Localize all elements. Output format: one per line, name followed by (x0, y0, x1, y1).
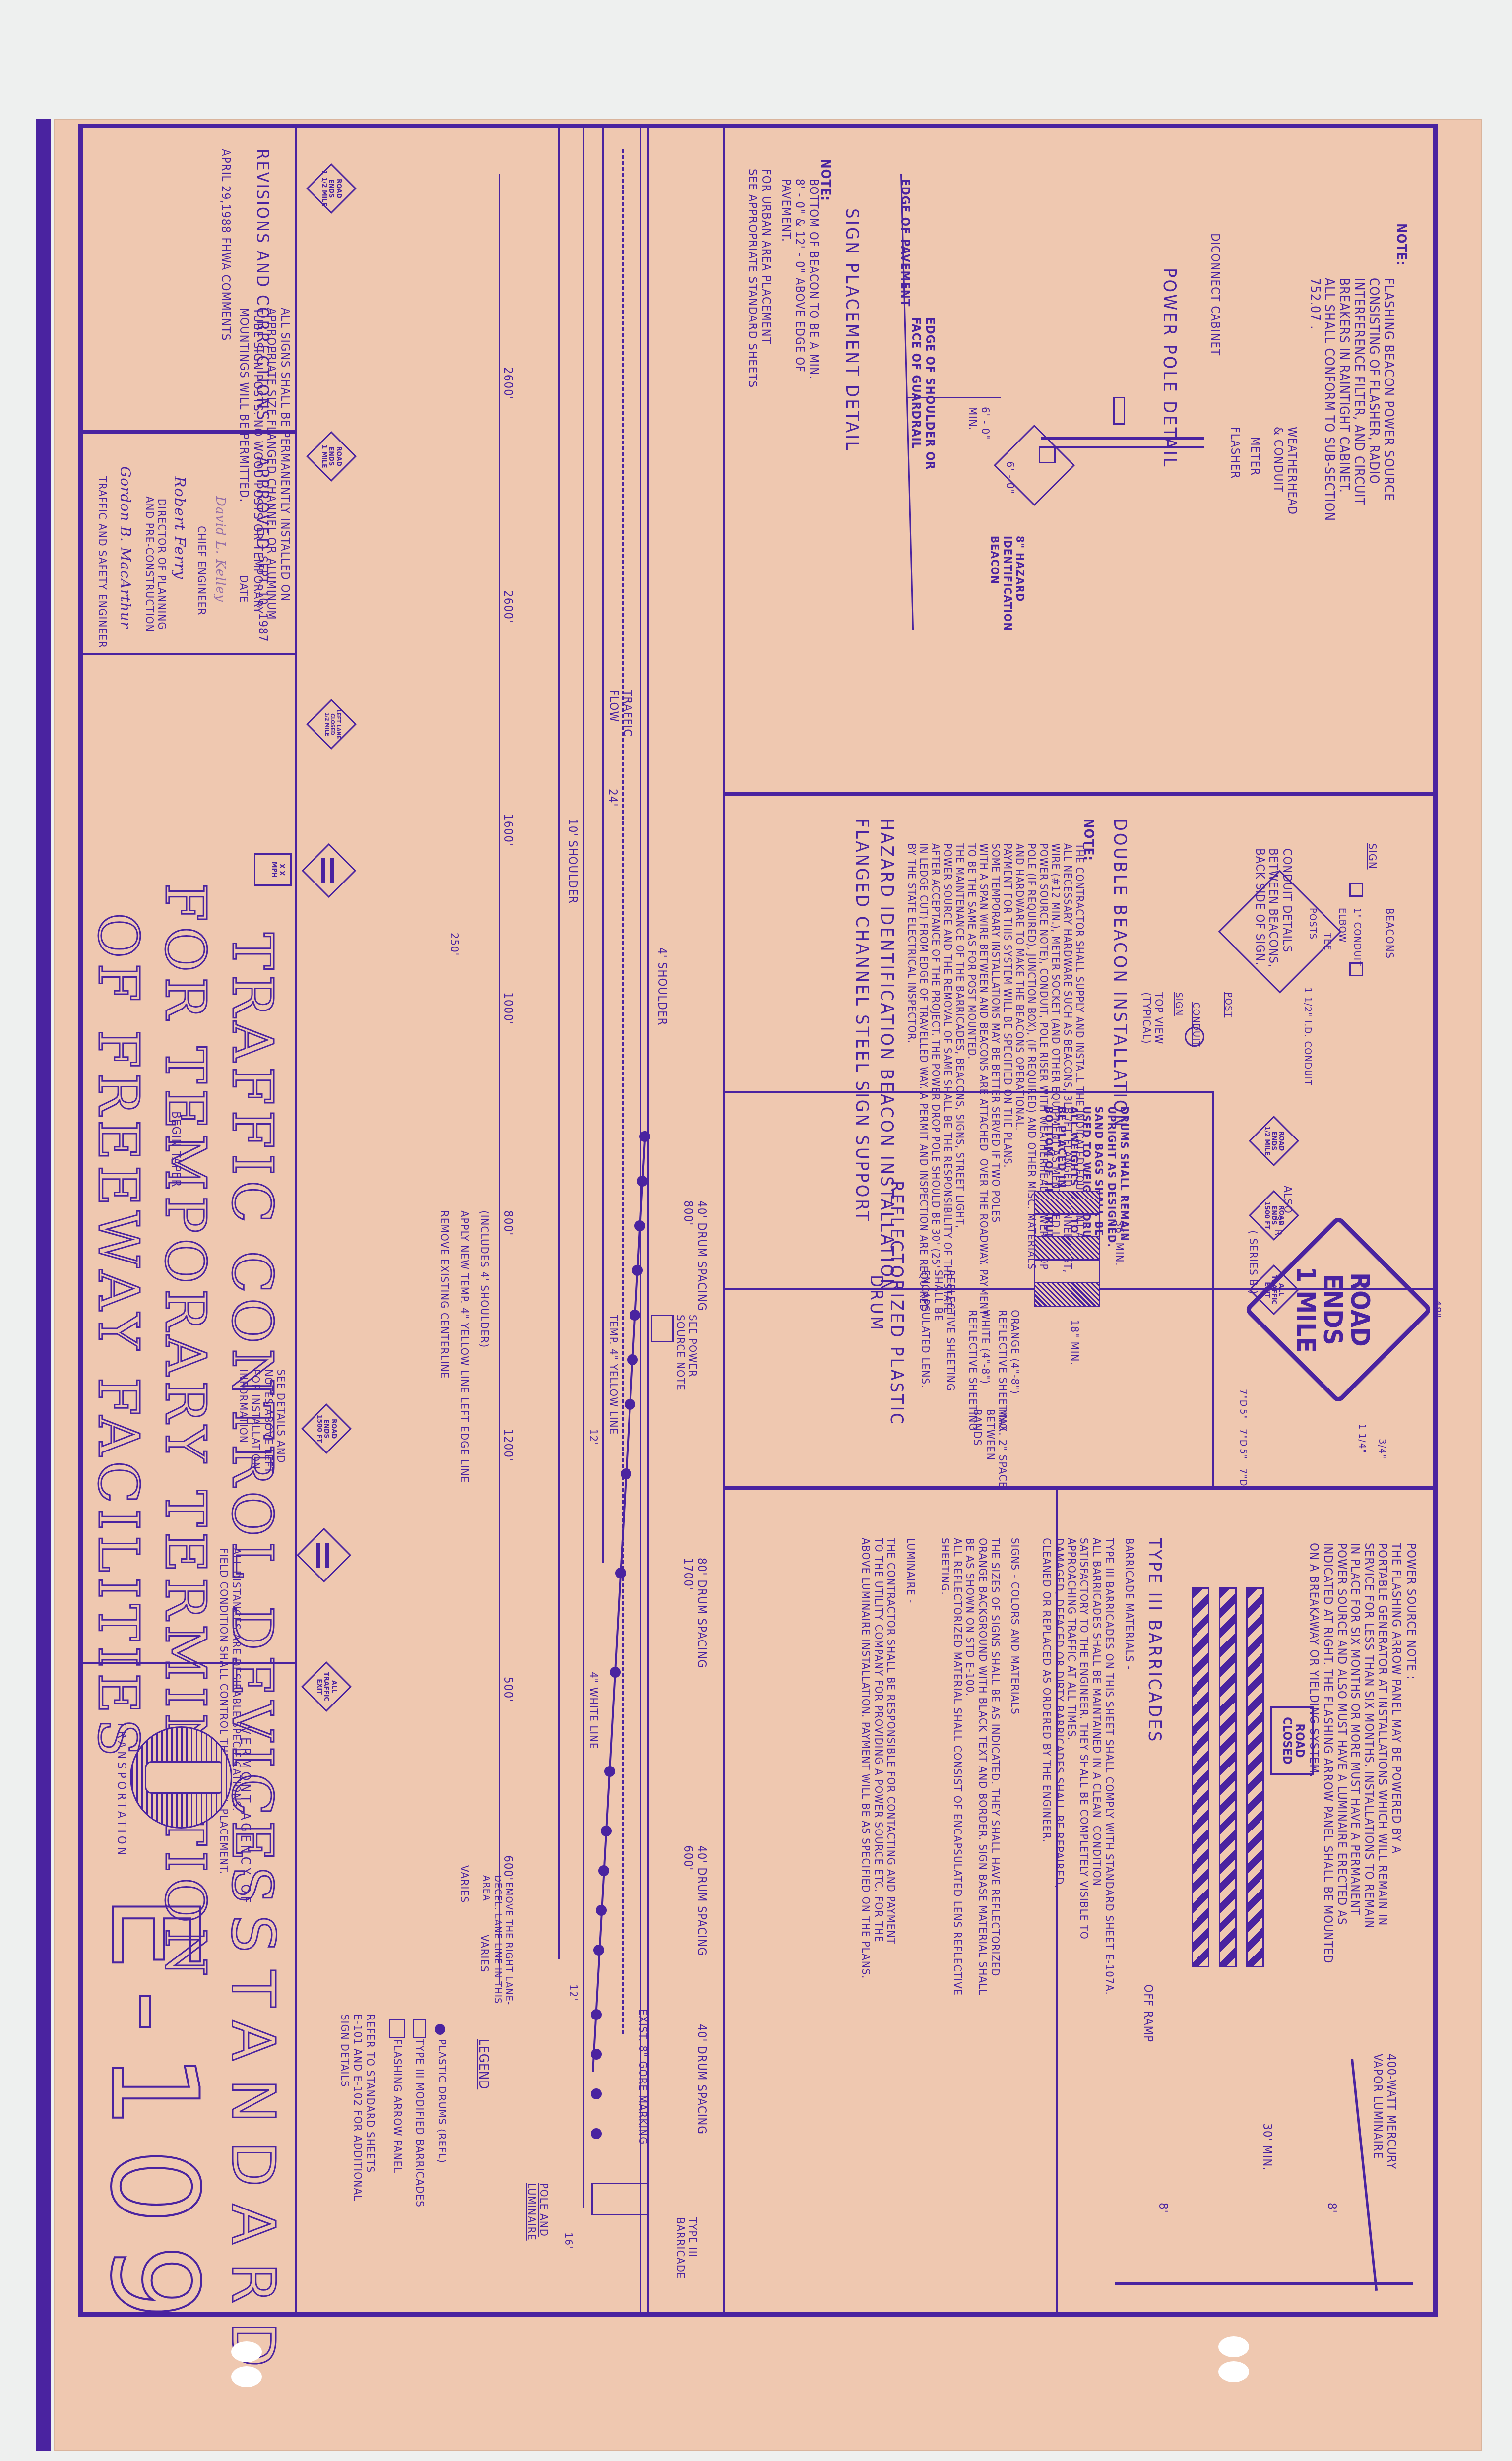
plastic-drum-icon (593, 1945, 604, 1956)
label-weatherhead: WEATHERHEAD & CONDUIT (1271, 427, 1299, 515)
signs-body: THE SIZES OF SIGNS SHALL BE AS INDICATED… (939, 1538, 1001, 1996)
luminaire-height-2: 8' (1156, 2203, 1170, 2213)
also-sign-all-traffic-exit: ALL TRAFFIC EXIT (1244, 1260, 1304, 1320)
label-beacons: BEACONS (1383, 908, 1395, 959)
title-traffic-engineer: TRAFFIC AND SAFETY ENGINEER (96, 476, 108, 648)
pole-luminaire-label: POLE AND LUMINAIRE (524, 2183, 550, 2241)
merge-arrow-icon (330, 858, 334, 883)
plan-sign-road-ends-1-5-mile: ROAD ENDS 1 1/2 MILE (302, 159, 361, 218)
plastic-drum-icon (591, 2009, 602, 2020)
dim-row-2: 5" (1238, 1409, 1249, 1420)
vermont-state-outline-icon (145, 1761, 222, 1794)
shoulder-line (558, 124, 560, 1959)
power-source-heading: POWER SOURCE NOTE : (1404, 1543, 1418, 1680)
flanged-channel-title: FLANGED CHANNEL STEEL SIGN SUPPORT (852, 819, 872, 1223)
label-flasher: FLASHER (1228, 427, 1242, 479)
title-chief-engineer: CHIEF ENGINEER (195, 526, 207, 616)
drum-encap-label: REFLECTIVE SHEETING SHALL BE ENCAPSULATE… (919, 1270, 956, 1391)
drum-icon (1031, 1191, 1105, 1310)
shoulder-4-label: 4' SHOULDER (655, 947, 669, 1026)
off-ramp-label: OFF RAMP (1141, 1984, 1155, 2042)
signature-chief-engineer: David L. Kelley (212, 496, 227, 602)
plastic-drum-icon (615, 1568, 626, 1578)
arrow-panel-icon (651, 1315, 674, 1342)
plastic-drum-icon (632, 1265, 643, 1276)
plan-sign-lane-merge-2 (292, 1523, 356, 1587)
punch-hole (231, 2366, 262, 2387)
drum-space-label: MAX. 2" SPACE BETWEEN BANDS (971, 1409, 1008, 1488)
punch-hole (231, 2341, 262, 2362)
edge-of-shoulder-label: EDGE OF SHOULDER OR FACE OF GUARDRAIL (909, 317, 937, 470)
drum-width-dim: 18" MIN. (1068, 1320, 1080, 1366)
signature-director: Robert Ferry (171, 476, 188, 579)
offset-250: 250' (448, 933, 460, 956)
beacon-icon (1039, 446, 1056, 463)
power-pole (1041, 437, 1204, 440)
legend-item-drums: PLASTIC DRUMS (REFL) (436, 2039, 448, 2163)
power-note: FLASHING BEACON POWER SOURCE CONSISTING … (1307, 278, 1395, 521)
type3-barricade-icon (1190, 1587, 1264, 1964)
distance-3: 1600' (501, 814, 515, 846)
dim-6ft-min: 6' - 0" MIN. (966, 407, 991, 440)
placement-note: BOTTOM OF BEACON TO BE A MIN. 8' - 0" & … (779, 179, 820, 379)
label-meter: METER (1248, 437, 1261, 476)
conduit-details: CONDUIT DETAILS BETWEEN BEACONS, BACK SI… (1253, 848, 1294, 968)
luminaire-heading: LUMINAIRE - (904, 1538, 917, 1603)
distance-dimension-line (499, 174, 500, 1984)
plan-sign-all-traffic-exit: ALL TRAFFIC EXIT (297, 1657, 356, 1716)
sign-placement-title: SIGN PLACEMENT DETAIL (842, 208, 862, 452)
punch-hole (1218, 2361, 1249, 2382)
lane-12a: 12' (587, 1429, 599, 1446)
road-ends-sign-text: ROAD ENDS 1 MILE (1292, 1215, 1373, 1404)
top-view-post: POST (1223, 992, 1234, 1017)
road-edge-outer (647, 124, 649, 2317)
scan-edge-bar (36, 119, 51, 2451)
power-pole-title: POWER POLE DETAIL (1159, 268, 1180, 468)
drum-height-dim: 36" MIN. (1113, 1220, 1125, 1266)
top-view-conduit-icon (1185, 1027, 1204, 1047)
drum-spacing-2: 80' DRUM SPACING 1700' (681, 1558, 708, 1668)
signature-traffic-engineer: Gordon B. MacArthur (117, 466, 133, 629)
plastic-drum-icon (630, 1310, 640, 1321)
merge-arrow-icon (325, 1543, 329, 1568)
plan-sign-road-ends-1-mile: ROAD ENDS 1 MILE (302, 427, 361, 486)
also-sign-half-mile: ROAD ENDS 1/2 MILE (1244, 1111, 1304, 1171)
plastic-drum-icon (601, 1826, 612, 1836)
punch-hole (1218, 2336, 1249, 2357)
label-disconnect: DICONNECT CABINET (1208, 233, 1222, 356)
luminaire-height-1: 8' (1324, 2203, 1338, 2213)
road-edge-inner (583, 124, 584, 2208)
dim-48: 48" (1430, 1300, 1443, 1318)
plastic-drum-icon (634, 1220, 645, 1231)
lane-width-label: 24' (605, 789, 619, 807)
legend-item-barricades: TYPE III MODIFIED BARRICADES (413, 2039, 426, 2208)
drawing-sheet: NOTE: FLASHING BEACON POWER SOURCE CONSI… (0, 0, 1512, 2461)
drum-spacing-1: 40' DRUM SPACING 800' (681, 1200, 708, 1311)
ground-line (1115, 2282, 1413, 2285)
distance-7: 500' (501, 1677, 515, 1702)
revisions-heading: REVISIONS AND CORRECTIONS (252, 149, 272, 422)
plan-sign-lane-merge-1 (297, 838, 361, 903)
edge-of-pavement-label: EDGE OF PAVEMENT (898, 179, 912, 307)
plastic-drum-icon (637, 1176, 648, 1187)
dim-row-1: 7"D (1238, 1389, 1249, 1407)
dim-row-3: 7"D (1238, 1429, 1249, 1447)
disconnect-cabinet-icon (1113, 397, 1125, 425)
varies-label-1: VARIES (458, 1865, 470, 1903)
also-sign-1500ft: ROAD ENDS 1500 FT (1244, 1186, 1304, 1245)
plastic-drum-icon (627, 1354, 638, 1365)
remove-centerline-label: REMOVE EXISTING CENTERLINE (438, 1210, 450, 1379)
plastic-drum-icon (639, 1131, 650, 1142)
traffic-flow-label: TRAFFIC FLOW (607, 690, 634, 737)
standard-number: E-109 (85, 1895, 222, 2339)
approved-heading: APPROVED (252, 456, 272, 551)
luminaire-offset: 30' MIN. (1260, 2123, 1274, 2171)
shoulder-10-label: 10' SHOULDER (566, 819, 579, 904)
see-power-note: SEE POWER SOURCE NOTE (673, 1315, 698, 1391)
beacon-label: 8" HAZARD IDENTIFICATION BEACON (988, 536, 1026, 631)
plastic-drum-icon (598, 1865, 609, 1876)
label-sign: SIGN (1366, 843, 1378, 870)
legend-barricade-icon (413, 2019, 426, 2038)
seal-top-text: VERMONT AGENCY OF (237, 1726, 252, 1826)
distance-9: VARIES (478, 1935, 490, 1972)
standard-label: STANDARD (218, 1915, 287, 2385)
barricade-materials-heading: BARRICADE MATERIALS - (1123, 1538, 1135, 1670)
dim-6ft: 6' - 0" (1004, 461, 1016, 494)
top-view-sign: SIGN (1173, 992, 1185, 1016)
distance-6: 1200' (501, 1429, 515, 1461)
label-id-conduit: 1 1/2" I.D. CONDUIT (1302, 987, 1314, 1086)
label-tee: TEE (1322, 933, 1333, 951)
legend-drum-icon (435, 2024, 445, 2035)
distance-5: 800' (501, 1210, 515, 1236)
legend-refer: REFER TO STANDARD SHEETS E-101 AND E-102… (338, 2014, 376, 2201)
dim-border: 3/4" (1377, 1439, 1388, 1459)
plan-sign-road-ends-1500ft: ROAD ENDS 1500 FT (297, 1399, 356, 1458)
white-line-label: 4" WHITE LINE (587, 1672, 599, 1749)
plastic-drum-icon (610, 1667, 621, 1678)
plastic-drum-icon (591, 2088, 602, 2099)
revision-entry: APRIL 29,1988 FHWA COMMENTS (218, 149, 232, 341)
dim-margin: 1 1/4" (1357, 1424, 1368, 1453)
title-director: DIRECTOR OF PLANNING AND PRE-CONSTRUCTIO… (142, 496, 168, 632)
dim-row-4: 5" (1238, 1449, 1249, 1459)
dim-row-5: 7"D (1238, 1468, 1249, 1487)
lane-12b: 12' (567, 1984, 579, 2001)
luminaire-lamp-label: 400-WATT MERCURY VAPOR LUMINAIRE (1371, 2054, 1398, 2169)
label-conduit: 1" CONDUIT (1352, 908, 1363, 967)
signs-heading: SIGNS - COLORS AND MATERIALS (1008, 1538, 1021, 1715)
placement-note-2: FOR URBAN AREA PLACEMENT SEE APPROPRIATE… (746, 169, 773, 388)
legend-item-arrow-panel: FLASHING ARROW PANEL (391, 2039, 403, 2173)
label-posts: POSTS (1307, 908, 1319, 940)
seal-bottom-text: TRANSPORTATION (114, 1721, 128, 1830)
plastic-drum-icon (625, 1399, 635, 1410)
barricade-materials-body: TYPE III BARRICADES ON THIS SHEET SHALL … (1040, 1538, 1115, 1995)
approval-date-label: DATE (237, 575, 250, 603)
plastic-drum-icon (604, 1766, 615, 1777)
power-note-label: NOTE: (1393, 223, 1408, 266)
distance-4: 1000' (501, 992, 515, 1025)
lane-line (602, 124, 604, 1563)
plastic-drum-icon (621, 1468, 631, 1479)
label-elbow: ELBOW (1337, 908, 1348, 943)
plastic-drum-icon (591, 2128, 602, 2139)
distance-2: 2600' (501, 590, 515, 623)
distance-8: 600' (501, 1855, 515, 1881)
luminaire-body: THE CONTRACTOR SHALL BE RESPONSIBLE FOR … (859, 1538, 897, 1979)
plastic-drum-icon (591, 2049, 602, 2060)
gore-label: EXIST. 8" GORE MARKING (636, 2009, 649, 2145)
drum-title: REFLECTORIZED PLASTIC DRUM (866, 1181, 907, 1426)
type3-barricade-plan-icon (591, 2183, 649, 2215)
plan-sign-left-lane-closed: LEFT LANE CLOSED 1/2 MILE (302, 694, 361, 754)
includes-shoulder-label: (INCLUDES 4' SHOULDER) (478, 1210, 490, 1348)
temp-yellow-label: TEMP. 4" YELLOW LINE (607, 1315, 619, 1435)
title-line-3: OF FREEWAY FACILITIES (83, 913, 153, 1762)
lane-dashes (622, 149, 624, 2034)
power-source-body: THE FLASHING ARROW PANEL MAY BE POWERED … (1307, 1543, 1403, 1964)
distance-1: 2600' (501, 367, 515, 400)
drum-spacing-4: 40' DRUM SPACING (694, 2024, 708, 2135)
vermont-agency-seal: VERMONT AGENCY OF TRANSPORTATION (113, 1706, 252, 1845)
road-closed-sign: ROAD CLOSED (1270, 1706, 1314, 1775)
double-beacon-title: DOUBLE BEACON INSTALLATION (1110, 819, 1130, 1129)
barricades-title: TYPE III BARRICADES (1144, 1538, 1165, 1743)
legend-heading: LEGEND (475, 2039, 490, 2089)
beacon-left-icon (1349, 883, 1363, 897)
approval-date: SEPT. 10, 1987 (255, 556, 269, 642)
legend-arrow-panel-icon (389, 2019, 405, 2038)
top-view-label: TOP VIEW (TYPICAL) (1139, 992, 1165, 1044)
ramp-width-label: 16' (562, 2232, 574, 2249)
plastic-drum-icon (596, 1905, 607, 1916)
type3-barricade-label: TYPE III BARRICADE (673, 2217, 698, 2279)
drum-spacing-3: 40' DRUM SPACING 600' (681, 1845, 708, 1956)
apply-new-label: APPLY NEW TEMP. 4" YELLOW LINE LEFT EDGE… (458, 1210, 470, 1483)
